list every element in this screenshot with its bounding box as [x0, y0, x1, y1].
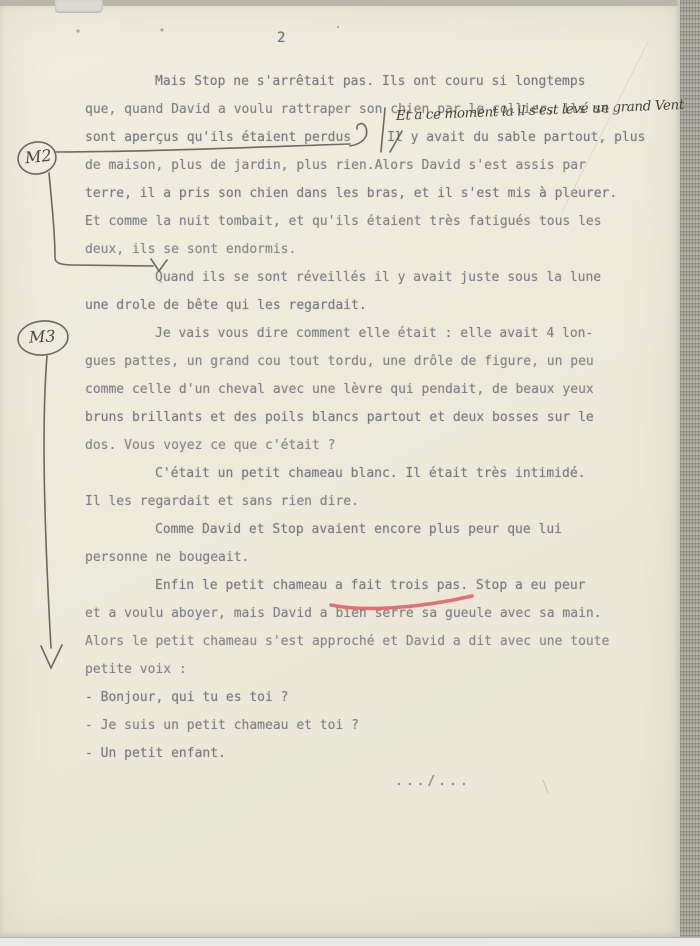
- typed-line: gues pattes, un grand cou tout tordu, un…: [85, 348, 645, 376]
- typed-line: terre, il a pris son chien dans les bras…: [85, 180, 645, 208]
- typed-line: Enfin le petit chameau a fait trois pas.…: [85, 572, 645, 600]
- typed-line: de maison, plus de jardin, plus rien.Alo…: [85, 152, 645, 180]
- typed-line: comme celle d'un cheval avec une lèvre q…: [85, 376, 645, 404]
- typed-line: Il les regardait et sans rien dire.: [85, 488, 645, 516]
- page-top-edge: [0, 0, 700, 6]
- dialogue-line: - Un petit enfant.: [85, 740, 645, 768]
- dialogue-line: - Bonjour, qui tu es toi ?: [85, 684, 645, 712]
- margin-note-m3: M3: [29, 326, 57, 346]
- typed-line: bruns brillants et des poils blancs part…: [85, 404, 645, 432]
- typed-line: C'était un petit chameau blanc. Il était…: [85, 460, 645, 488]
- typed-line-part: Il y avait du sable partout, plus: [387, 130, 645, 145]
- typed-line: Alors le petit chameau s'est approché et…: [85, 628, 645, 656]
- scanned-page: 2 Mais Stop ne s'arrêtait pas. Ils ont c…: [0, 0, 700, 946]
- typed-line: Je vais vous dire comment elle était : e…: [85, 320, 645, 348]
- typed-line: sont aperçus qu'ils étaient perdusIl y a…: [85, 124, 645, 152]
- typed-line-part: sont aperçus qu'ils étaient perdus: [85, 130, 351, 145]
- page-number: 2: [277, 30, 285, 46]
- typed-line: dos. Vous voyez ce que c'était ?: [85, 432, 645, 460]
- paper-notch: [55, 0, 103, 13]
- dialogue-line: - Je suis un petit chameau et toi ?: [85, 712, 645, 740]
- typed-line: Comme David et Stop avaient encore plus …: [85, 516, 645, 544]
- typed-line: Et comme la nuit tombait, et qu'ils étai…: [85, 208, 645, 236]
- binding-edge: [680, 0, 700, 946]
- typed-line: une drole de bête qui les regardait.: [85, 292, 645, 320]
- typed-line: personne ne bougeait.: [85, 544, 645, 572]
- typed-line: deux, ils se sont endormis.: [85, 236, 645, 264]
- typed-line: Mais Stop ne s'arrêtait pas. Ils ont cou…: [85, 68, 645, 96]
- continuation-mark: .../...: [85, 768, 645, 796]
- typed-line: petite voix :: [85, 656, 645, 684]
- page-bottom-edge: [0, 937, 700, 946]
- typescript-body: Mais Stop ne s'arrêtait pas. Ils ont cou…: [85, 68, 645, 796]
- margin-note-m2: M2: [24, 146, 52, 168]
- typed-line: et a voulu aboyer, mais David a bien ser…: [85, 600, 645, 628]
- typed-line: Quand ils se sont réveillés il y avait j…: [85, 264, 645, 292]
